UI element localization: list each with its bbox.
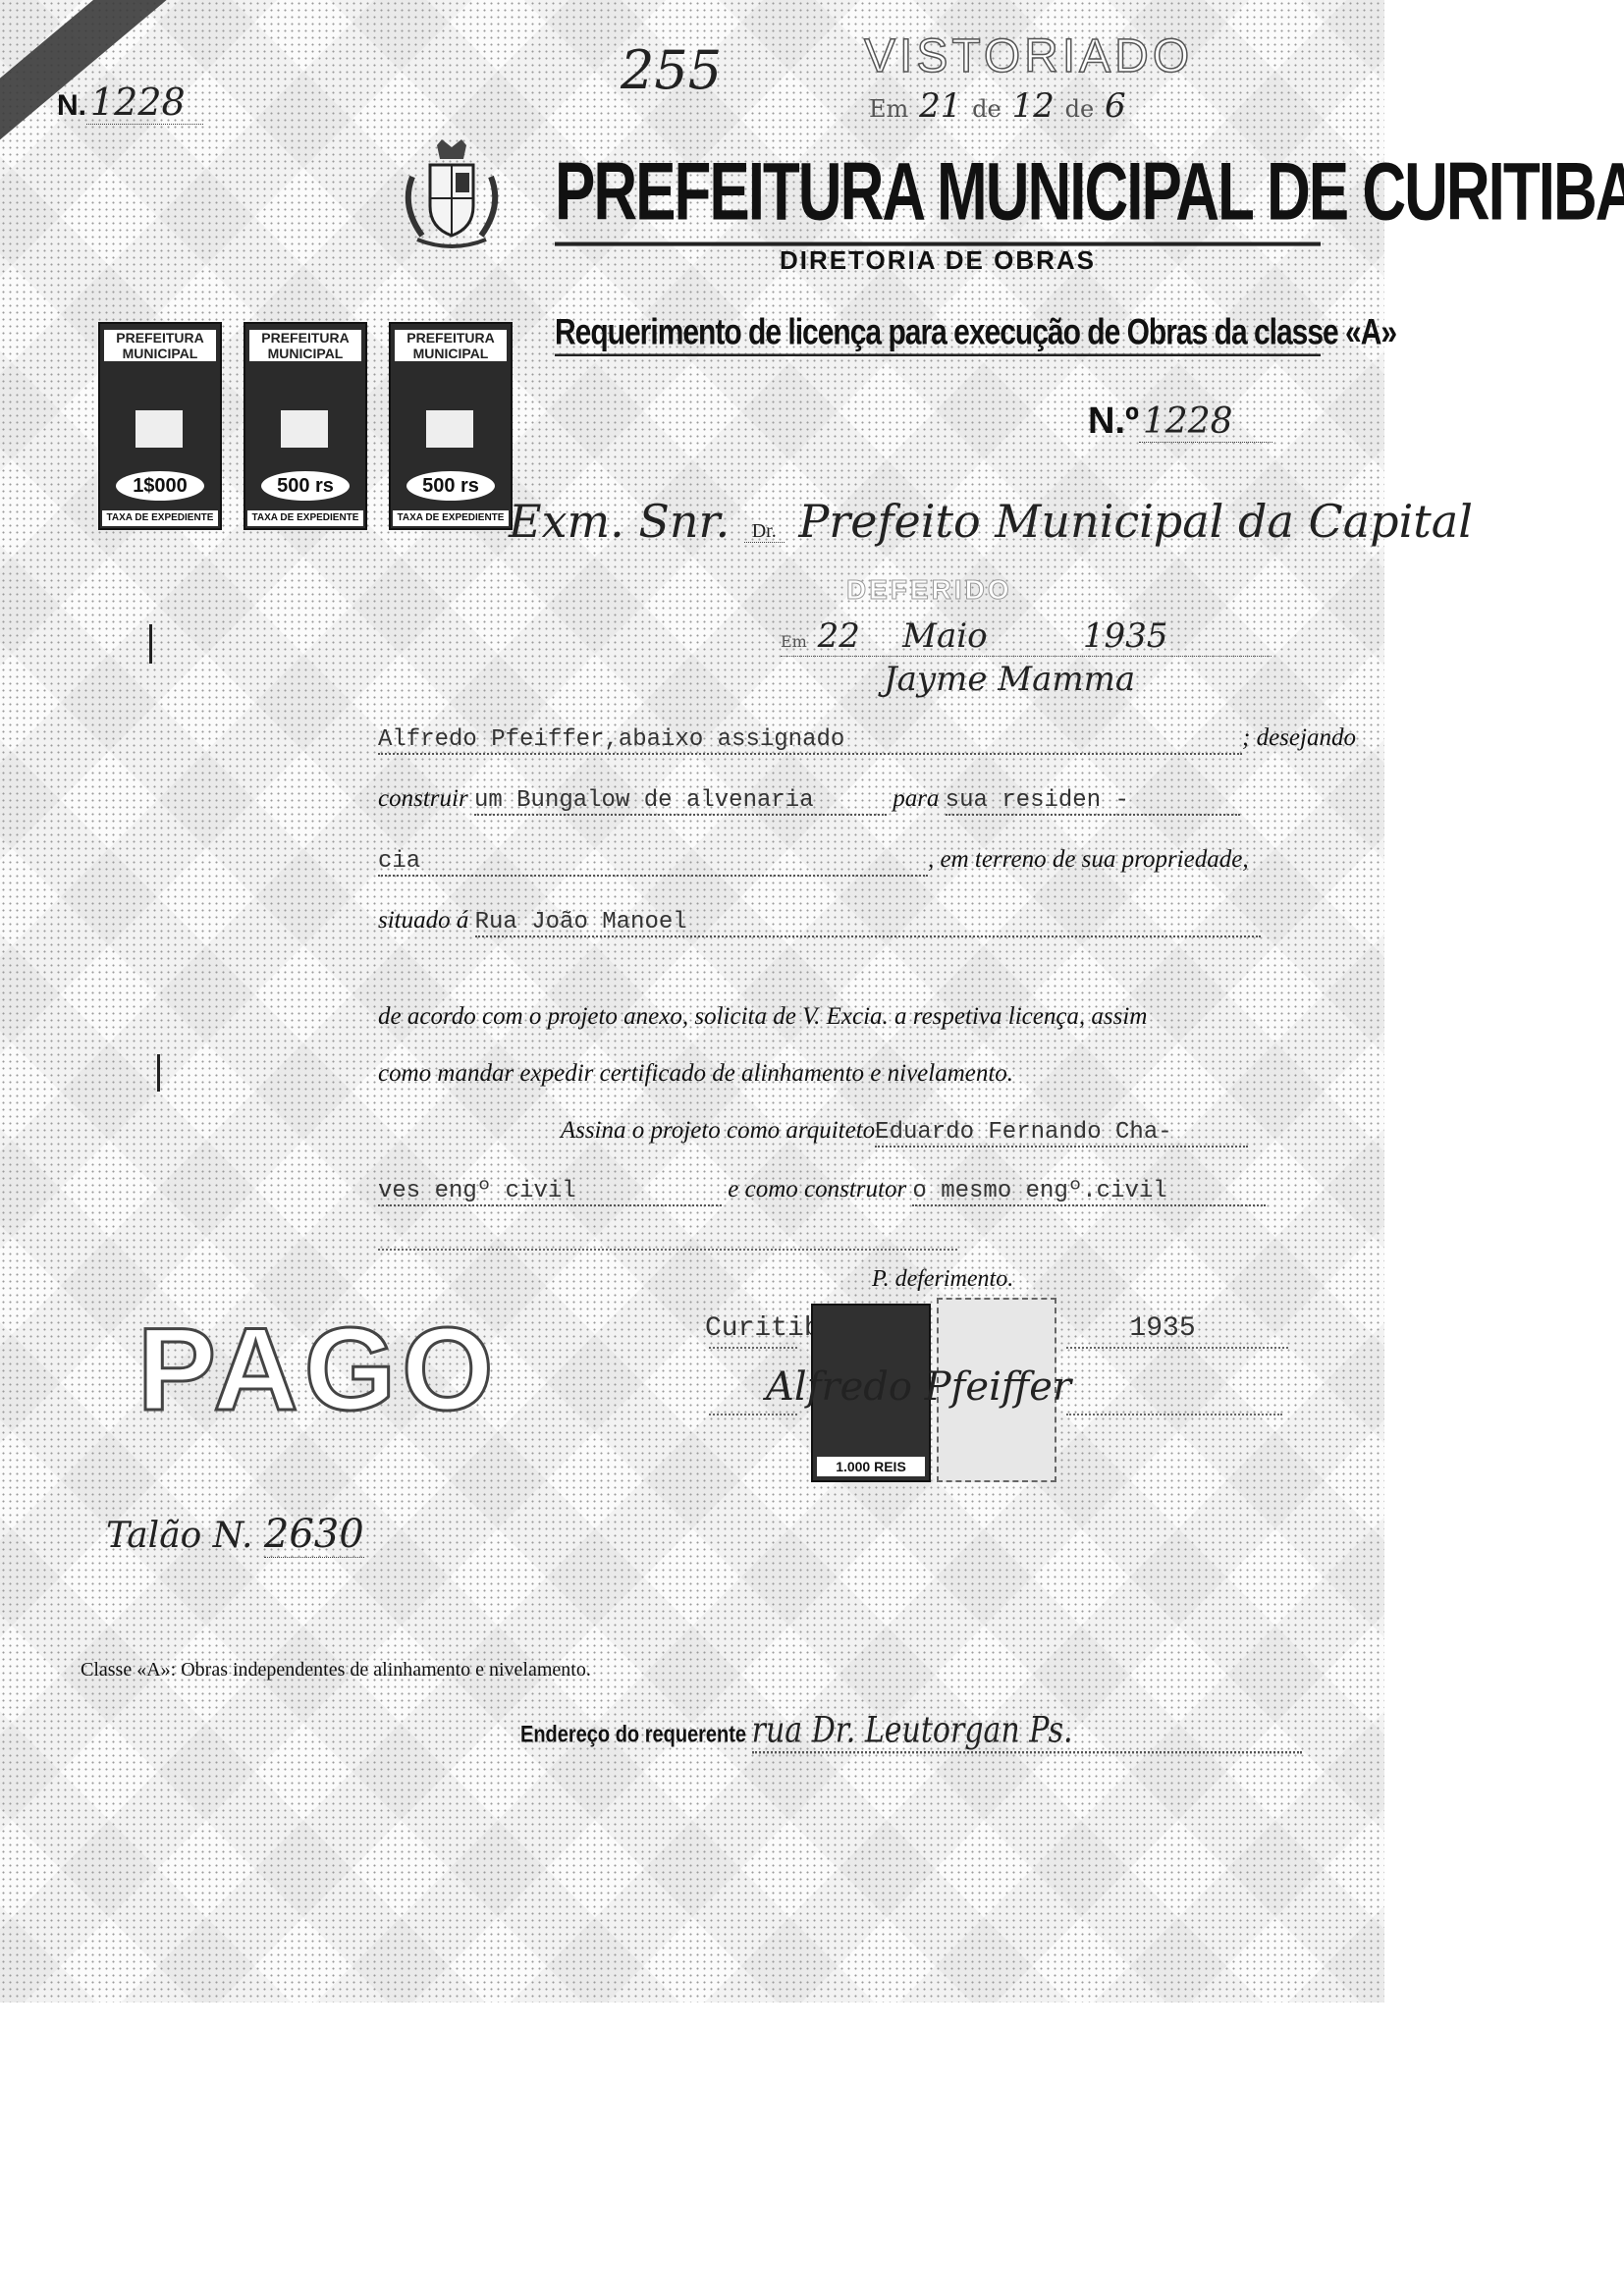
applicant-signature: Alfredo Pfeiffer [766,1364,1071,1410]
margin-mark [149,624,152,664]
decision-signature: Jayme Mamma [884,660,1135,699]
builder-name: o mesmo engº.civil [912,1178,1166,1204]
location-value: Rua João Manoel [475,909,687,935]
document-number: N.1228 [57,80,203,124]
blank-line [378,1249,957,1251]
request-text-1: de acordo com o projeto anexo, solicita … [378,1003,1301,1031]
applicant-line: Alfredo Pfeiffer,abaixo assignado; desej… [378,724,1301,755]
applicant-name: Alfredo Pfeiffer [378,726,604,753]
decision-date: Em 22 Maio 1935 [781,616,1272,657]
department-subtitle: DIRETORIA DE OBRAS [555,245,1321,276]
tax-stamp: PREFEITURA MUNICIPAL 500 rs TAXA DE EXPE… [244,322,367,530]
dotted-line [1066,1414,1282,1415]
document-number-value: 1228 [86,80,203,125]
builder-line: ves engº civil e como construtor o mesmo… [378,1176,1301,1206]
location-line: situado á Rua João Manoel [378,907,1301,937]
tax-stamp: PREFEITURA MUNICIPAL 500 rs TAXA DE EXPE… [389,322,513,530]
construction-type: um Bungalow de alvenaria [474,787,814,814]
request-text-2: como mandar expedir certificado de alinh… [378,1060,1301,1088]
talao-number: Talão N. 2630 [106,1512,364,1557]
handwritten-reference: 255 [621,39,722,101]
dotted-line [709,1347,797,1349]
addressee: Exm. Snr. Dr. Prefeito Municipal da Capi… [509,495,1473,548]
scanned-document-page [0,0,1384,2002]
p-deferimento: P. deferimento. [872,1266,1013,1293]
architect-name: Eduardo Fernando Cha- [875,1119,1171,1146]
architect-line: Assina o projeto como arquitetoEduardo F… [378,1117,1301,1148]
vistoriado-date: Em 21 de 12 de 6 [869,86,1126,126]
coat-of-arms-icon [393,137,511,255]
page-title: PREFEITURA MUNICIPAL DE CURITIBA [555,145,1321,246]
shield-emblem-icon [281,410,328,448]
vistoriado-stamp: VISTORIADO [864,29,1193,83]
purpose-line: cia, em terreno de sua propriedade, [378,846,1301,877]
form-title: Requerimento de licença para execução de… [555,312,1321,356]
dotted-line [1066,1347,1288,1349]
tax-stamp: PREFEITURA MUNICIPAL 1$000 TAXA DE EXPED… [98,322,222,530]
margin-mark [157,1054,160,1092]
pine-tree-emblem-icon [135,410,183,448]
classe-note: Classe «A»: Obras independentes de alinh… [81,1659,591,1682]
requester-address: Endereço do requerente rua Dr. Leutorgan… [520,1710,1302,1753]
construction-line: construir um Bungalow de alvenaria para … [378,785,1301,816]
pine-tree-emblem-icon [426,410,473,448]
form-number: N.º1228 [1088,400,1272,443]
deferido-stamp: DEFERIDO [846,574,1012,606]
document-number-label: N. [57,89,86,122]
tax-stamps: PREFEITURA MUNICIPAL 1$000 TAXA DE EXPED… [98,322,513,530]
pago-stamp: PAGO [137,1315,499,1423]
dotted-line [709,1414,797,1415]
requester-address-value: rua Dr. Leutorgan Ps. [752,1710,1302,1753]
